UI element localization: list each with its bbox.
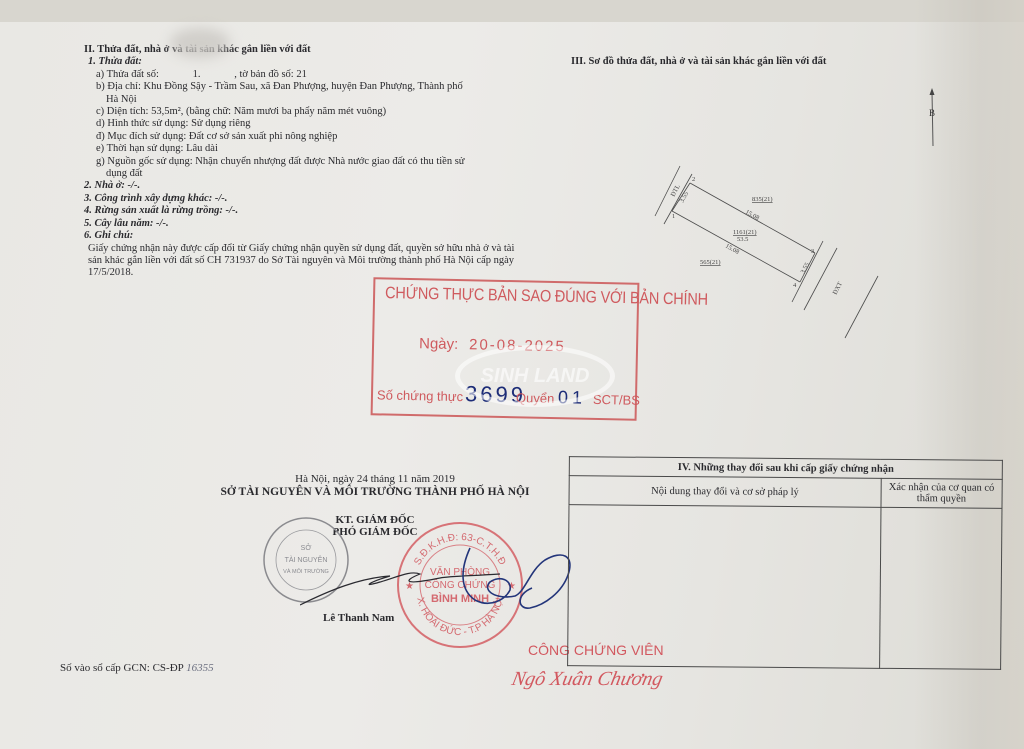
svg-text:15.08: 15.08 (724, 243, 740, 256)
subsection-parcel: 1. Thửa đất: (84, 56, 518, 68)
usage-form-row: d) Hình thức sử dụng: Sử dụng riêng (84, 118, 518, 130)
svg-text:3: 3 (811, 248, 814, 255)
stamp-date-label: Ngày: (419, 335, 459, 353)
change-content-cell (568, 505, 881, 669)
svg-text:835(21): 835(21) (752, 196, 773, 203)
other-works-row: 3. Công trình xây dựng khác: -/-. (84, 193, 518, 205)
parcel-number: 1. (162, 69, 232, 81)
section-land-parcel: II. Thửa đất, nhà ở và tài sản khác gắn … (84, 44, 518, 280)
stamp-suffix: SCT/BS (593, 392, 640, 408)
notes-text: Giấy chứng nhận này được cấp đổi từ Giấy… (84, 243, 518, 280)
registration-label: Số vào sổ cấp GCN: CS-ĐP (60, 662, 183, 674)
address-city: Hà Nội (84, 94, 518, 106)
issue-place-date: Hà Nội, ngày 24 tháng 11 năm 2019 (190, 473, 560, 485)
section2-heading: II. Thửa đất, nhà ở và tài sản khác gắn … (84, 44, 518, 56)
stamp-number-label: Số chứng thực (377, 387, 463, 404)
parcel-diagram: 2 1 3 4 835(21) 1161(21) 53.5 565(21) 15… (640, 160, 900, 340)
parcel-number-label: a) Thửa đất số: (96, 69, 159, 80)
svg-text:ĐXT: ĐXT (832, 281, 844, 296)
map-sheet-number: 21 (296, 69, 307, 80)
house-row: 2. Nhà ở: -/-. (84, 180, 518, 192)
svg-text:2: 2 (692, 176, 695, 183)
perennial-row: 5. Cây lâu năm: -/-. (84, 218, 518, 230)
notary-name: Ngô Xuân Chương (510, 668, 665, 691)
section3-heading: III. Sơ đồ thửa đất, nhà ở và tài sản kh… (571, 56, 826, 67)
north-arrow-icon: B (925, 88, 939, 148)
notes-heading: 6. Ghi chú: (84, 230, 518, 242)
registration-number: 16355 (186, 662, 214, 674)
svg-text:53.5: 53.5 (737, 236, 748, 243)
svg-text:15.08: 15.08 (744, 209, 760, 222)
column-change-content: Nội dung thay đổi và cơ sở pháp lý (569, 476, 881, 508)
column-authority-confirmation: Xác nhận của cơ quan có thẩm quyền (881, 478, 1002, 508)
parcel-number-row: a) Thửa đất số: 1. , tờ bản đồ số: 21 (84, 69, 518, 81)
registration-number-row: Số vào sổ cấp GCN: CS-ĐP 16355 (60, 662, 214, 674)
issuing-organization: SỞ TÀI NGUYÊN VÀ MÔI TRƯỜNG THÀNH PHỐ HÀ… (190, 486, 560, 498)
origin-row: g) Nguồn gốc sử dụng: Nhận chuyển nhượng… (84, 156, 518, 168)
origin-row-cont: dụng đất (84, 168, 518, 180)
changes-table: IV. Những thay đổi sau khi cấp giấy chứn… (567, 456, 1003, 670)
address-line: b) Địa chỉ: Khu Đồng Sậy - Trầm Sau, xã … (84, 81, 518, 93)
svg-text:565(21): 565(21) (700, 259, 721, 266)
map-sheet-label: , tờ bản đồ số: (234, 69, 294, 80)
signer-name: Lê Thanh Nam (323, 612, 394, 624)
term-row: e) Thời hạn sử dụng: Lâu dài (84, 143, 518, 155)
watermark-logo: SINH LAND (455, 345, 615, 407)
svg-text:3.55: 3.55 (679, 191, 691, 204)
svg-text:4: 4 (793, 282, 797, 289)
authority-confirmation-cell (879, 507, 1002, 669)
purpose-row: đ) Mục đích sử dụng: Đất cơ sở sản xuất … (84, 131, 518, 143)
redaction-blur (170, 28, 230, 58)
svg-text:B: B (929, 108, 935, 118)
area-row: c) Diện tích: 53,5m², (bằng chữ: Năm mươ… (84, 106, 518, 118)
svg-text:1: 1 (672, 213, 675, 220)
forest-row: 4. Rừng sản xuất là rừng trồng: -/-. (84, 205, 518, 217)
svg-text:1161(21): 1161(21) (733, 229, 757, 236)
background-surface (0, 0, 1024, 22)
